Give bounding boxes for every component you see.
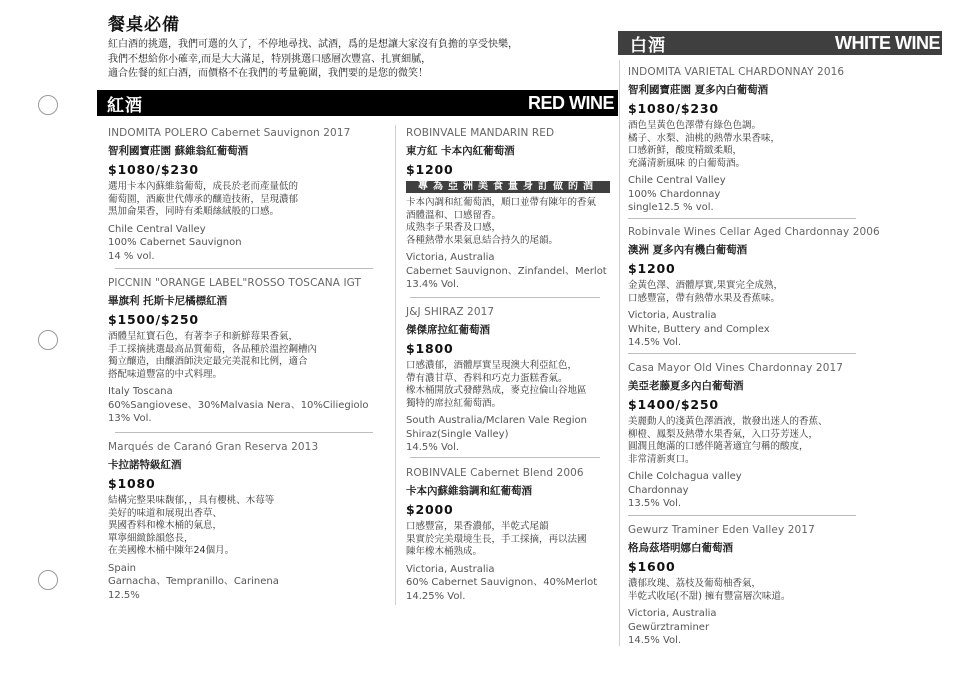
desc-line: 美好的味道和展現出香草、 — [108, 508, 318, 521]
wine-grape: Shiraz(Single Valley) — [406, 428, 587, 442]
desc-line: 選用卡本內蘇維翁葡萄，成長於老而產量低的 — [108, 181, 350, 194]
wine-name: J&J SHIRAZ 2017 — [406, 306, 587, 318]
wine-description: 濃郁玫瑰、荔枝及葡萄柚香氣， 半乾式收尾(不甜) 擁有豐富層次味道。 — [628, 578, 815, 603]
desc-line: 單寧細緻餘韻悠長， — [108, 533, 318, 546]
desc-line: 獨特的席拉紅葡萄酒。 — [406, 398, 587, 411]
wine-abv: 13.5% Vol. — [628, 497, 843, 511]
wine-separator — [628, 515, 856, 516]
wine-card: Marqués de Caranó Gran Reserva 2013 卡拉諾特… — [108, 441, 318, 602]
wine-card: INDOMITA VARIETAL CHARDONNAY 2016 智利國寶莊園… — [628, 66, 844, 215]
desc-line: 酒體溫和、口感留香。 — [406, 210, 610, 223]
wine-separator — [628, 353, 856, 354]
wine-name-zh: 傑傑席拉紅葡萄酒 — [406, 322, 587, 337]
wine-origin: Spain — [108, 562, 318, 576]
wine-grape: 60%Sangiovese、30%Malvasia Nera、10%Cilieg… — [108, 399, 369, 413]
wine-grape: Chardonnay — [628, 484, 843, 498]
wine-name-zh: 澳洲 夏多內有機白葡萄酒 — [628, 242, 880, 257]
wine-name-zh: 畢旗利 托斯卡尼橘標紅酒 — [108, 293, 369, 308]
wine-separator — [628, 218, 856, 219]
desc-line: 帶有濃甘草、香料和巧克力蛋糕香氣。 — [406, 373, 587, 386]
wine-meta: Chile Colchagua valley Chardonnay 13.5% … — [628, 470, 843, 511]
wine-name: ROBINVALE Cabernet Blend 2006 — [406, 467, 597, 479]
wine-separator — [115, 268, 373, 269]
desc-line: 口感新鮮，酸度精緻柔順， — [628, 145, 844, 158]
desc-line: 搭配味道豐富的中式料理。 — [108, 369, 369, 382]
desc-line: 圓潤且飽滿的口感伴隨著適宜勻稱的酸度， — [628, 441, 843, 454]
section-title-zh: 紅酒 — [107, 91, 143, 116]
intro-line: 我們不想給你小確幸,而是大大滿足，特別挑選口感層次豐富、扎實細膩， — [108, 53, 518, 68]
wine-origin: Italy Toscana — [108, 385, 369, 399]
wine-abv: 14 % vol. — [108, 250, 350, 264]
desc-line: 手工採摘挑選最高品質葡萄，各品種於溫控鋼槽內 — [108, 344, 369, 357]
wine-meta: Victoria, Australia White, Buttery and C… — [628, 309, 880, 350]
wine-price: $1200 — [406, 162, 610, 177]
binder-hole-icon — [38, 330, 58, 350]
wine-meta: Spain Garnacha、Tempranillo、Carinena 12.5… — [108, 562, 318, 603]
wine-origin: Victoria, Australia — [628, 309, 880, 323]
wine-abv: 14.25% Vol. — [406, 590, 597, 604]
wine-grape: 100% Cabernet Sauvignon — [108, 236, 350, 250]
wine-grape: 100% Chardonnay — [628, 188, 844, 202]
wine-meta: Chile Central Valley 100% Chardonnay sin… — [628, 174, 844, 215]
wine-price: $1400/$250 — [628, 397, 843, 412]
desc-line: 成熟李子果香及口感， — [406, 222, 610, 235]
white-wine-section-header: 白酒 WHITE WINE — [618, 31, 942, 55]
wine-origin: Chile Central Valley — [628, 174, 844, 188]
section-title-en: RED WINE — [528, 93, 614, 114]
desc-line: 果實於完美環境生長，手工採摘，再以法國 — [406, 534, 597, 547]
wine-price: $1500/$250 — [108, 312, 369, 327]
wine-abv: 13.4% Vol. — [406, 278, 610, 292]
wine-card: INDOMITA POLERO Cabernet Sauvignon 2017 … — [108, 127, 350, 263]
desc-line: 結構完整果味馥郁，，具有櫻桃、木莓等 — [108, 495, 318, 508]
desc-line: 葡萄園，酒廠世代傳承的釀造技術，呈現濃郁 — [108, 194, 350, 207]
wine-tag-banner: 專為亞洲美食量身訂做的酒 — [406, 181, 610, 193]
desc-line: 口感豐富，帶有熱帶水果及香蕉味。 — [628, 293, 880, 306]
wine-separator — [115, 432, 373, 433]
wine-meta: Victoria, Australia 60% Cabernet Sauvign… — [406, 563, 597, 604]
section-title-zh: 白酒 — [630, 31, 666, 56]
wine-description: 酒色呈黃色色澤帶有綠色色調。 橘子、水梨、油桃的熱帶水果香味， 口感新鮮，酸度精… — [628, 120, 844, 170]
wine-description: 結構完整果味馥郁，，具有櫻桃、木莓等 美好的味道和展現出香草、 異國香料和橡木桶… — [108, 495, 318, 558]
intro-line: 適合佐餐的紅白酒，而價格不在我們的考量範圍，我們要的是您的微笑！ — [108, 67, 518, 82]
wine-name: PICCNIN "ORANGE LABEL"ROSSO TOSCANA IGT — [108, 277, 369, 289]
wine-origin: Victoria, Australia — [628, 607, 815, 621]
wine-origin: Chile Central Valley — [108, 223, 350, 237]
wine-card: Robinvale Wines Cellar Aged Chardonnay 2… — [628, 226, 880, 350]
red-wine-section-header: 紅酒 RED WINE — [97, 90, 618, 116]
desc-line: 酒體呈紅寶石色，有著李子和新鮮莓果香氣， — [108, 331, 369, 344]
desc-line: 美麗動人的淺黃色澤酒液，散發出迷人的香蕉、 — [628, 416, 843, 429]
wine-name: INDOMITA VARIETAL CHARDONNAY 2016 — [628, 66, 844, 78]
wine-price: $1600 — [628, 559, 815, 574]
wine-description: 美麗動人的淺黃色澤酒液，散發出迷人的香蕉、 柳橙、鳳梨及熱帶水果香氣，入口芬芳迷… — [628, 416, 843, 466]
wine-name-zh: 美亞老藤夏多內白葡萄酒 — [628, 378, 843, 393]
wine-meta: Victoria, Australia Gewürztraminer 14.5%… — [628, 607, 815, 648]
binder-hole-icon — [38, 570, 58, 590]
desc-line: 口感濃郁，酒體厚實呈現澳大利亞紅色， — [406, 360, 587, 373]
desc-line: 各種熱帶水果氣息結合持久的尾韻。 — [406, 235, 610, 248]
wine-grape: Garnacha、Tempranillo、Carinena — [108, 575, 318, 589]
wine-meta: South Australia/Mclaren Vale Region Shir… — [406, 414, 587, 455]
wine-name-zh: 智利國寶莊園 夏多內白葡萄酒 — [628, 82, 844, 97]
wine-separator — [410, 297, 600, 298]
wine-price: $1200 — [628, 261, 880, 276]
wine-description: 酒體呈紅寶石色，有著李子和新鮮莓果香氣， 手工採摘挑選最高品質葡萄，各品種於溫控… — [108, 331, 369, 381]
desc-line: 在美國橡木桶中陳年24個月。 — [108, 545, 318, 558]
wine-name: ROBINVALE MANDARIN RED — [406, 127, 610, 139]
wine-meta: Victoria, Australia Cabernet Sauvignon、Z… — [406, 251, 610, 292]
wine-grape: Gewürztraminer — [628, 621, 815, 635]
wine-price: $1800 — [406, 341, 587, 356]
desc-line: 橘子、水梨、油桃的熱帶水果香味， — [628, 133, 844, 146]
wine-description: 口感豐富，果香濃郁，半乾式尾韻 果實於完美環境生長，手工採摘，再以法國 陳年橡木… — [406, 521, 597, 559]
wine-origin: Victoria, Australia — [406, 251, 610, 265]
wine-card: PICCNIN "ORANGE LABEL"ROSSO TOSCANA IGT … — [108, 277, 369, 426]
wine-price: $1080/$230 — [108, 162, 350, 177]
wine-description: 選用卡本內蘇維翁葡萄，成長於老而產量低的 葡萄園，酒廠世代傳承的釀造技術，呈現濃… — [108, 181, 350, 219]
desc-line: 卡本內調和紅葡萄酒，順口並帶有陳年的香氣 — [406, 197, 610, 210]
desc-line: 獨立釀造，由釀酒師決定最完美混和比例，適合 — [108, 356, 369, 369]
wine-name: Casa Mayor Old Vines Chardonnay 2017 — [628, 362, 843, 374]
wine-description: 金黃色澤、酒體厚實,果實完全成熟， 口感豐富，帶有熱帶水果及香蕉味。 — [628, 280, 880, 305]
desc-line: 口感豐富，果香濃郁，半乾式尾韻 — [406, 521, 597, 534]
wine-abv: 13% Vol. — [108, 412, 369, 426]
wine-origin: South Australia/Mclaren Vale Region — [406, 414, 587, 428]
wine-name-zh: 卡拉諾特級紅酒 — [108, 457, 318, 472]
wine-grape: White, Buttery and Complex — [628, 323, 880, 337]
page-title: 餐桌必備 — [108, 10, 180, 35]
wine-description: 口感濃郁，酒體厚實呈現澳大利亞紅色， 帶有濃甘草、香料和巧克力蛋糕香氣。 橡木桶… — [406, 360, 587, 410]
wine-card: ROBINVALE Cabernet Blend 2006 卡本內蘇維翁調和紅葡… — [406, 467, 597, 603]
wine-card: ROBINVALE MANDARIN RED 東方紅 卡本內紅葡萄酒 $1200… — [406, 127, 610, 292]
desc-line: 半乾式收尾(不甜) 擁有豐富層次味道。 — [628, 591, 815, 604]
desc-line: 異國香料和橡木桶的氣息， — [108, 520, 318, 533]
wine-grape: Cabernet Sauvignon、Zinfandel、Merlot — [406, 265, 610, 279]
wine-meta: Chile Central Valley 100% Cabernet Sauvi… — [108, 223, 350, 264]
wine-card: J&J SHIRAZ 2017 傑傑席拉紅葡萄酒 $1800 口感濃郁，酒體厚實… — [406, 306, 587, 455]
wine-price: $2000 — [406, 502, 597, 517]
wine-origin: Victoria, Australia — [406, 563, 597, 577]
wine-abv: 12.5% — [108, 589, 318, 603]
wine-name: INDOMITA POLERO Cabernet Sauvignon 2017 — [108, 127, 350, 139]
intro-text: 紅白酒的挑選，我們可選的久了，不停地尋找、試酒，爲的是想讓大家沒有負擔的享受快樂… — [108, 38, 518, 82]
column-divider — [619, 60, 620, 646]
binder-hole-icon — [38, 95, 58, 115]
wine-abv: 14.5% Vol. — [406, 441, 587, 455]
wine-abv: 14.5% Vol. — [628, 336, 880, 350]
desc-line: 橡木桶開放式發酵熟成，麥克拉倫山谷地區 — [406, 385, 587, 398]
wine-name-zh: 智利國寶莊園 蘇維翁紅葡萄酒 — [108, 143, 350, 158]
wine-name: Gewurz Traminer Eden Valley 2017 — [628, 524, 815, 536]
wine-separator — [410, 457, 600, 458]
wine-meta: Italy Toscana 60%Sangiovese、30%Malvasia … — [108, 385, 369, 426]
desc-line: 酒色呈黃色色澤帶有綠色色調。 — [628, 120, 844, 133]
wine-origin: Chile Colchagua valley — [628, 470, 843, 484]
wine-abv: 14.5% Vol. — [628, 634, 815, 648]
wine-description: 卡本內調和紅葡萄酒，順口並帶有陳年的香氣 酒體溫和、口感留香。 成熟李子果香及口… — [406, 197, 610, 247]
wine-price: $1080 — [108, 476, 318, 491]
wine-name-zh: 卡本內蘇維翁調和紅葡萄酒 — [406, 483, 597, 498]
desc-line: 濃郁玫瑰、荔枝及葡萄柚香氣， — [628, 578, 815, 591]
section-title-en: WHITE WINE — [835, 33, 940, 54]
desc-line: 柳橙、鳳梨及熱帶水果香氣，入口芬芳迷人， — [628, 429, 843, 442]
wine-name: Marqués de Caranó Gran Reserva 2013 — [108, 441, 318, 453]
desc-line: 非常清新爽口。 — [628, 454, 843, 467]
desc-line: 充滿清新風味 的白葡萄酒。 — [628, 158, 844, 171]
desc-line: 黑加侖果香，同時有柔順絲絨般的口感。 — [108, 206, 350, 219]
wine-name-zh: 格烏茲塔明娜白葡萄酒 — [628, 540, 815, 555]
wine-name-zh: 東方紅 卡本內紅葡萄酒 — [406, 143, 610, 158]
wine-abv: single12.5 % vol. — [628, 201, 844, 215]
wine-price: $1080/$230 — [628, 101, 844, 116]
wine-card: Gewurz Traminer Eden Valley 2017 格烏茲塔明娜白… — [628, 524, 815, 648]
desc-line: 金黃色澤、酒體厚實,果實完全成熟， — [628, 280, 880, 293]
wine-name: Robinvale Wines Cellar Aged Chardonnay 2… — [628, 226, 880, 238]
wine-grape: 60% Cabernet Sauvignon、40%Merlot — [406, 576, 597, 590]
intro-line: 紅白酒的挑選，我們可選的久了，不停地尋找、試酒，爲的是想讓大家沒有負擔的享受快樂… — [108, 38, 518, 53]
desc-line: 陳年橡木桶熟成。 — [406, 546, 597, 559]
column-divider — [395, 125, 396, 605]
wine-card: Casa Mayor Old Vines Chardonnay 2017 美亞老… — [628, 362, 843, 511]
